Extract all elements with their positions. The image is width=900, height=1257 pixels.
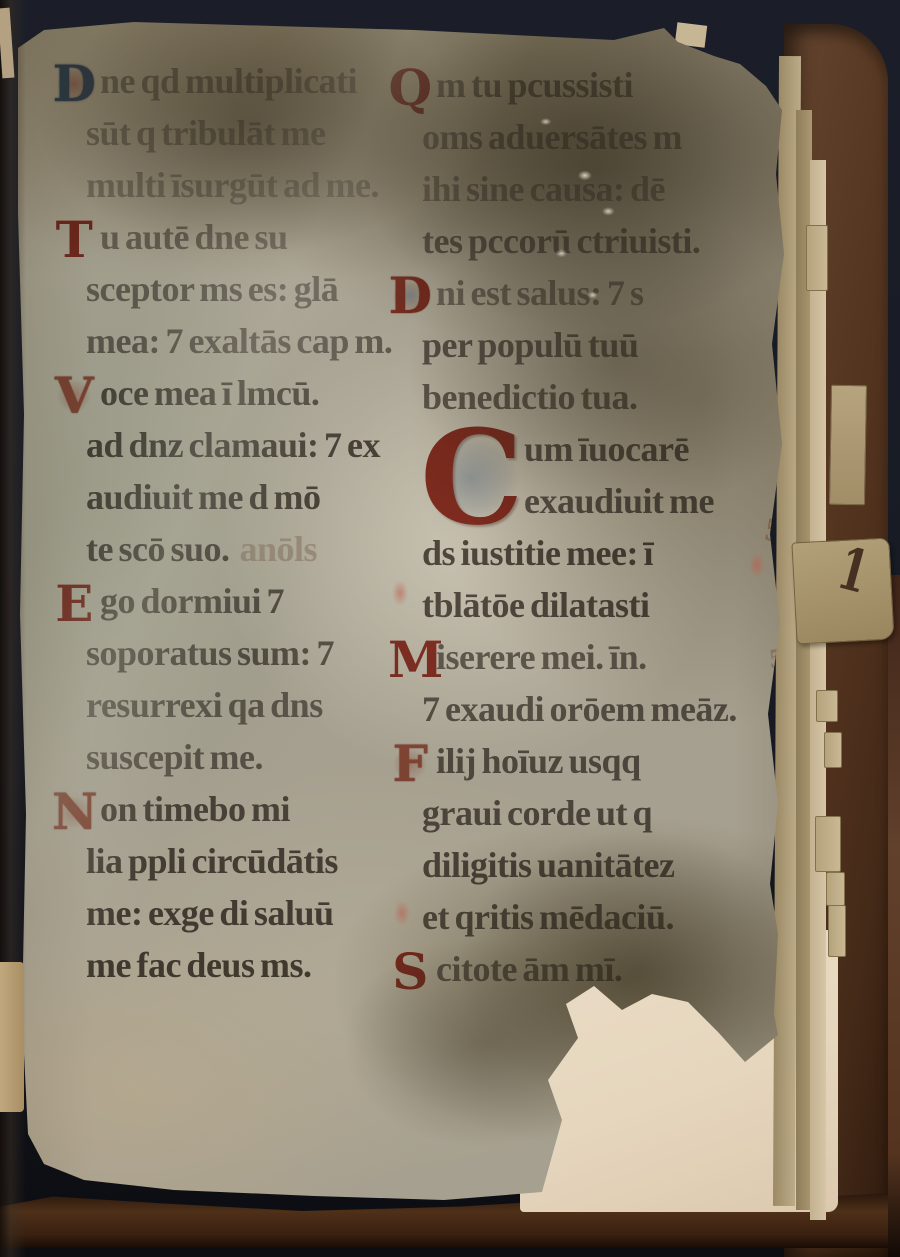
line-text: lia ppli circūdātis — [86, 841, 338, 881]
parchment-tab-marked: 1 — [791, 538, 894, 645]
text-line: Dni est salus: 7 s — [422, 272, 767, 324]
line-text: ni est salus: 7 s — [436, 273, 644, 313]
text-line: per populū tuū — [422, 324, 767, 376]
line-text: exaudiuit me — [524, 481, 714, 521]
text-line: tes pccorū ctriuisti. — [422, 220, 767, 272]
repair-tape — [0, 962, 24, 1112]
line-text: citote ām mī. — [436, 949, 622, 989]
line-text: 7 exaudi orōem meāz. — [422, 689, 737, 729]
line-text: ilij hoīuz usqq — [436, 741, 641, 781]
initial-F: F — [388, 743, 432, 785]
text-line: Cum īuocarē — [422, 428, 767, 480]
text-line: 7 exaudi orōem meāz. — [422, 688, 767, 740]
ink-bleed — [392, 580, 408, 606]
initial-S: S — [388, 951, 432, 993]
text-line: tblātōe dilatasti — [422, 584, 767, 636]
text-line: Non timebo mi — [86, 788, 416, 840]
line-text: mea: 7 exaltās cap m. — [86, 321, 392, 361]
line-text: um īuocarē — [524, 429, 689, 469]
text-line: soporatus sum: 7 — [86, 632, 416, 684]
initial-E: E — [52, 583, 96, 625]
initial-M: M — [388, 639, 432, 681]
text-line: ihi sine causa: dē — [422, 168, 767, 220]
text-line: Miserere mei. īn. — [422, 636, 767, 688]
line-text: go dormiui 7 — [100, 581, 284, 621]
line-text: u autē dne su — [100, 217, 288, 257]
text-line: graui corde ut q — [422, 792, 767, 844]
line-text: oce mea ī lmcū. — [100, 373, 319, 413]
text-line: Dne qd multiplicati — [86, 60, 416, 112]
text-line: sceptor ms es: glā — [86, 268, 416, 320]
line-text: sceptor ms es: glā — [86, 269, 338, 309]
text-line: diligitis uanitātez — [422, 844, 767, 896]
initial-V: V — [52, 375, 96, 417]
text-line: ad dnz clamaui: 7 ex — [86, 424, 416, 476]
line-text: graui corde ut q — [422, 793, 652, 833]
initial-T: T — [52, 219, 96, 261]
manuscript-photo-stage: 1 Dne qd multiplicatisūt q tribulāt memu… — [0, 0, 900, 1257]
text-line: lia ppli circūdātis — [86, 840, 416, 892]
initial-D: D — [388, 275, 432, 317]
line-text: on timebo mi — [100, 789, 290, 829]
text-line: audiuit me d mō — [86, 476, 416, 528]
line-text: ne qd multiplicati — [100, 61, 357, 101]
line-text: per populū tuū — [422, 325, 638, 365]
text-line: Filij hoīuz usqq — [422, 740, 767, 792]
line-text: multi īsurgūt ad me. — [86, 165, 379, 205]
page-edge-step — [815, 816, 841, 872]
text-line: Ego dormiui 7 — [86, 580, 416, 632]
initial-N: N — [52, 791, 96, 833]
line-text: te scō suo. — [86, 529, 230, 569]
line-text: me fac deus ms. — [86, 945, 311, 985]
text-line: Qm tu pcussisti — [422, 64, 767, 116]
parchment-tab — [829, 385, 867, 506]
initial-D: D — [52, 63, 96, 105]
page-edge-step — [828, 905, 846, 957]
text-line: te scō suo.anōls — [86, 528, 416, 580]
line-text: ad dnz clamaui: 7 ex — [86, 425, 380, 465]
text-line: Tu autē dne su — [86, 216, 416, 268]
text-line: multi īsurgūt ad me. — [86, 164, 416, 216]
text-column-left: Dne qd multiplicatisūt q tribulāt memult… — [86, 60, 416, 996]
line-text: resurrexi qa dns — [86, 685, 323, 725]
text-column-right: Qm tu pcussistioms aduersātes mihi sine … — [422, 64, 767, 1000]
initial-Q: Q — [388, 67, 432, 109]
text-line: me fac deus ms. — [86, 944, 416, 996]
adjacent-book-edge — [886, 575, 900, 1257]
page-edge-step — [826, 872, 845, 906]
page-edge-step — [806, 225, 828, 291]
line-text: ihi sine causa: dē — [422, 169, 665, 209]
line-text: et qritis mēdaciū. — [422, 897, 674, 937]
line-text: tblātōe dilatasti — [422, 585, 650, 625]
line-text: tes pccorū ctriuisti. — [422, 221, 700, 261]
text-line: Voce mea ī lmcū. — [86, 372, 416, 424]
text-line: mea: 7 exaltās cap m. — [86, 320, 416, 372]
text-line: me: exge di saluū — [86, 892, 416, 944]
faded-rubric: anōls — [240, 529, 318, 569]
text-line: oms aduersātes m — [422, 116, 767, 168]
ink-bleed — [394, 900, 410, 926]
line-text: sūt q tribulāt me — [86, 113, 326, 153]
text-line: resurrexi qa dns — [86, 684, 416, 736]
line-text: soporatus sum: 7 — [86, 633, 334, 673]
initial-C: C — [412, 424, 531, 532]
text-line: sūt q tribulāt me — [86, 112, 416, 164]
tab-mark: 1 — [833, 542, 887, 603]
page-edge-step — [824, 732, 842, 768]
text-line: et qritis mēdaciū. — [422, 896, 767, 948]
line-text: diligitis uanitātez — [422, 845, 675, 885]
text-line: suscepit me. — [86, 736, 416, 788]
line-text: iserere mei. īn. — [436, 637, 647, 677]
page-edge-step — [816, 690, 838, 722]
line-text: audiuit me d mō — [86, 477, 321, 517]
line-text: me: exge di saluū — [86, 893, 334, 933]
line-text: m tu pcussisti — [436, 65, 633, 105]
ink-bleed — [749, 552, 765, 578]
line-text: suscepit me. — [86, 737, 263, 777]
line-text: oms aduersātes m — [422, 117, 682, 157]
